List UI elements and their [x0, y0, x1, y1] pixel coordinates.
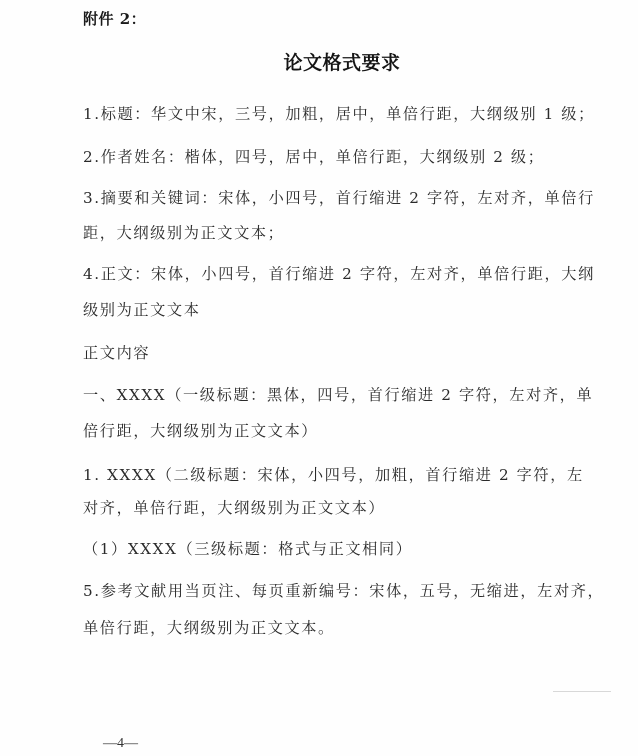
- body-content-label: 正文内容: [83, 343, 573, 363]
- heading-level-2: 1. XXXX（二级标题：宋体，小四号，加粗，首行缩进 2 字符，左: [83, 465, 573, 485]
- rule-body-cont: 级别为正文文本: [83, 300, 573, 320]
- rule-title: 1.标题：华文中宋，三号，加粗，居中，单倍行距，大纲级别 1 级；: [83, 104, 573, 124]
- rule-body: 4.正文：宋体，小四号，首行缩进 2 字符，左对齐，单倍行距，大纲: [83, 264, 573, 284]
- page-number: —4—: [103, 736, 138, 752]
- rule-references-cont: 单倍行距，大纲级别为正文文本。: [83, 618, 573, 638]
- heading-level-1: 一、XXXX（一级标题：黑体，四号，首行缩进 2 字符，左对齐，单: [83, 385, 573, 405]
- document-title: 论文格式要求: [0, 48, 638, 75]
- heading-level-3: （1）XXXX（三级标题：格式与正文相同）: [83, 539, 573, 559]
- scan-artifact-line: [553, 691, 611, 692]
- heading-level-1-cont: 倍行距，大纲级别为正文文本）: [83, 421, 573, 441]
- rule-abstract-cont: 距，大纲级别为正文文本；: [83, 223, 573, 243]
- rule-author: 2.作者姓名：楷体，四号，居中，单倍行距，大纲级别 2 级；: [83, 147, 573, 167]
- document-page: 附件 2： 论文格式要求 1.标题：华文中宋，三号，加粗，居中，单倍行距，大纲级…: [0, 0, 638, 756]
- attachment-label: 附件 2：: [83, 8, 146, 29]
- rule-abstract: 3.摘要和关键词：宋体，小四号，首行缩进 2 字符，左对齐，单倍行: [83, 188, 573, 208]
- heading-level-2-cont: 对齐，单倍行距，大纲级别为正文文本）: [83, 498, 573, 518]
- rule-references: 5.参考文献用当页注、每页重新编号：宋体，五号，无缩进，左对齐，: [83, 581, 573, 601]
